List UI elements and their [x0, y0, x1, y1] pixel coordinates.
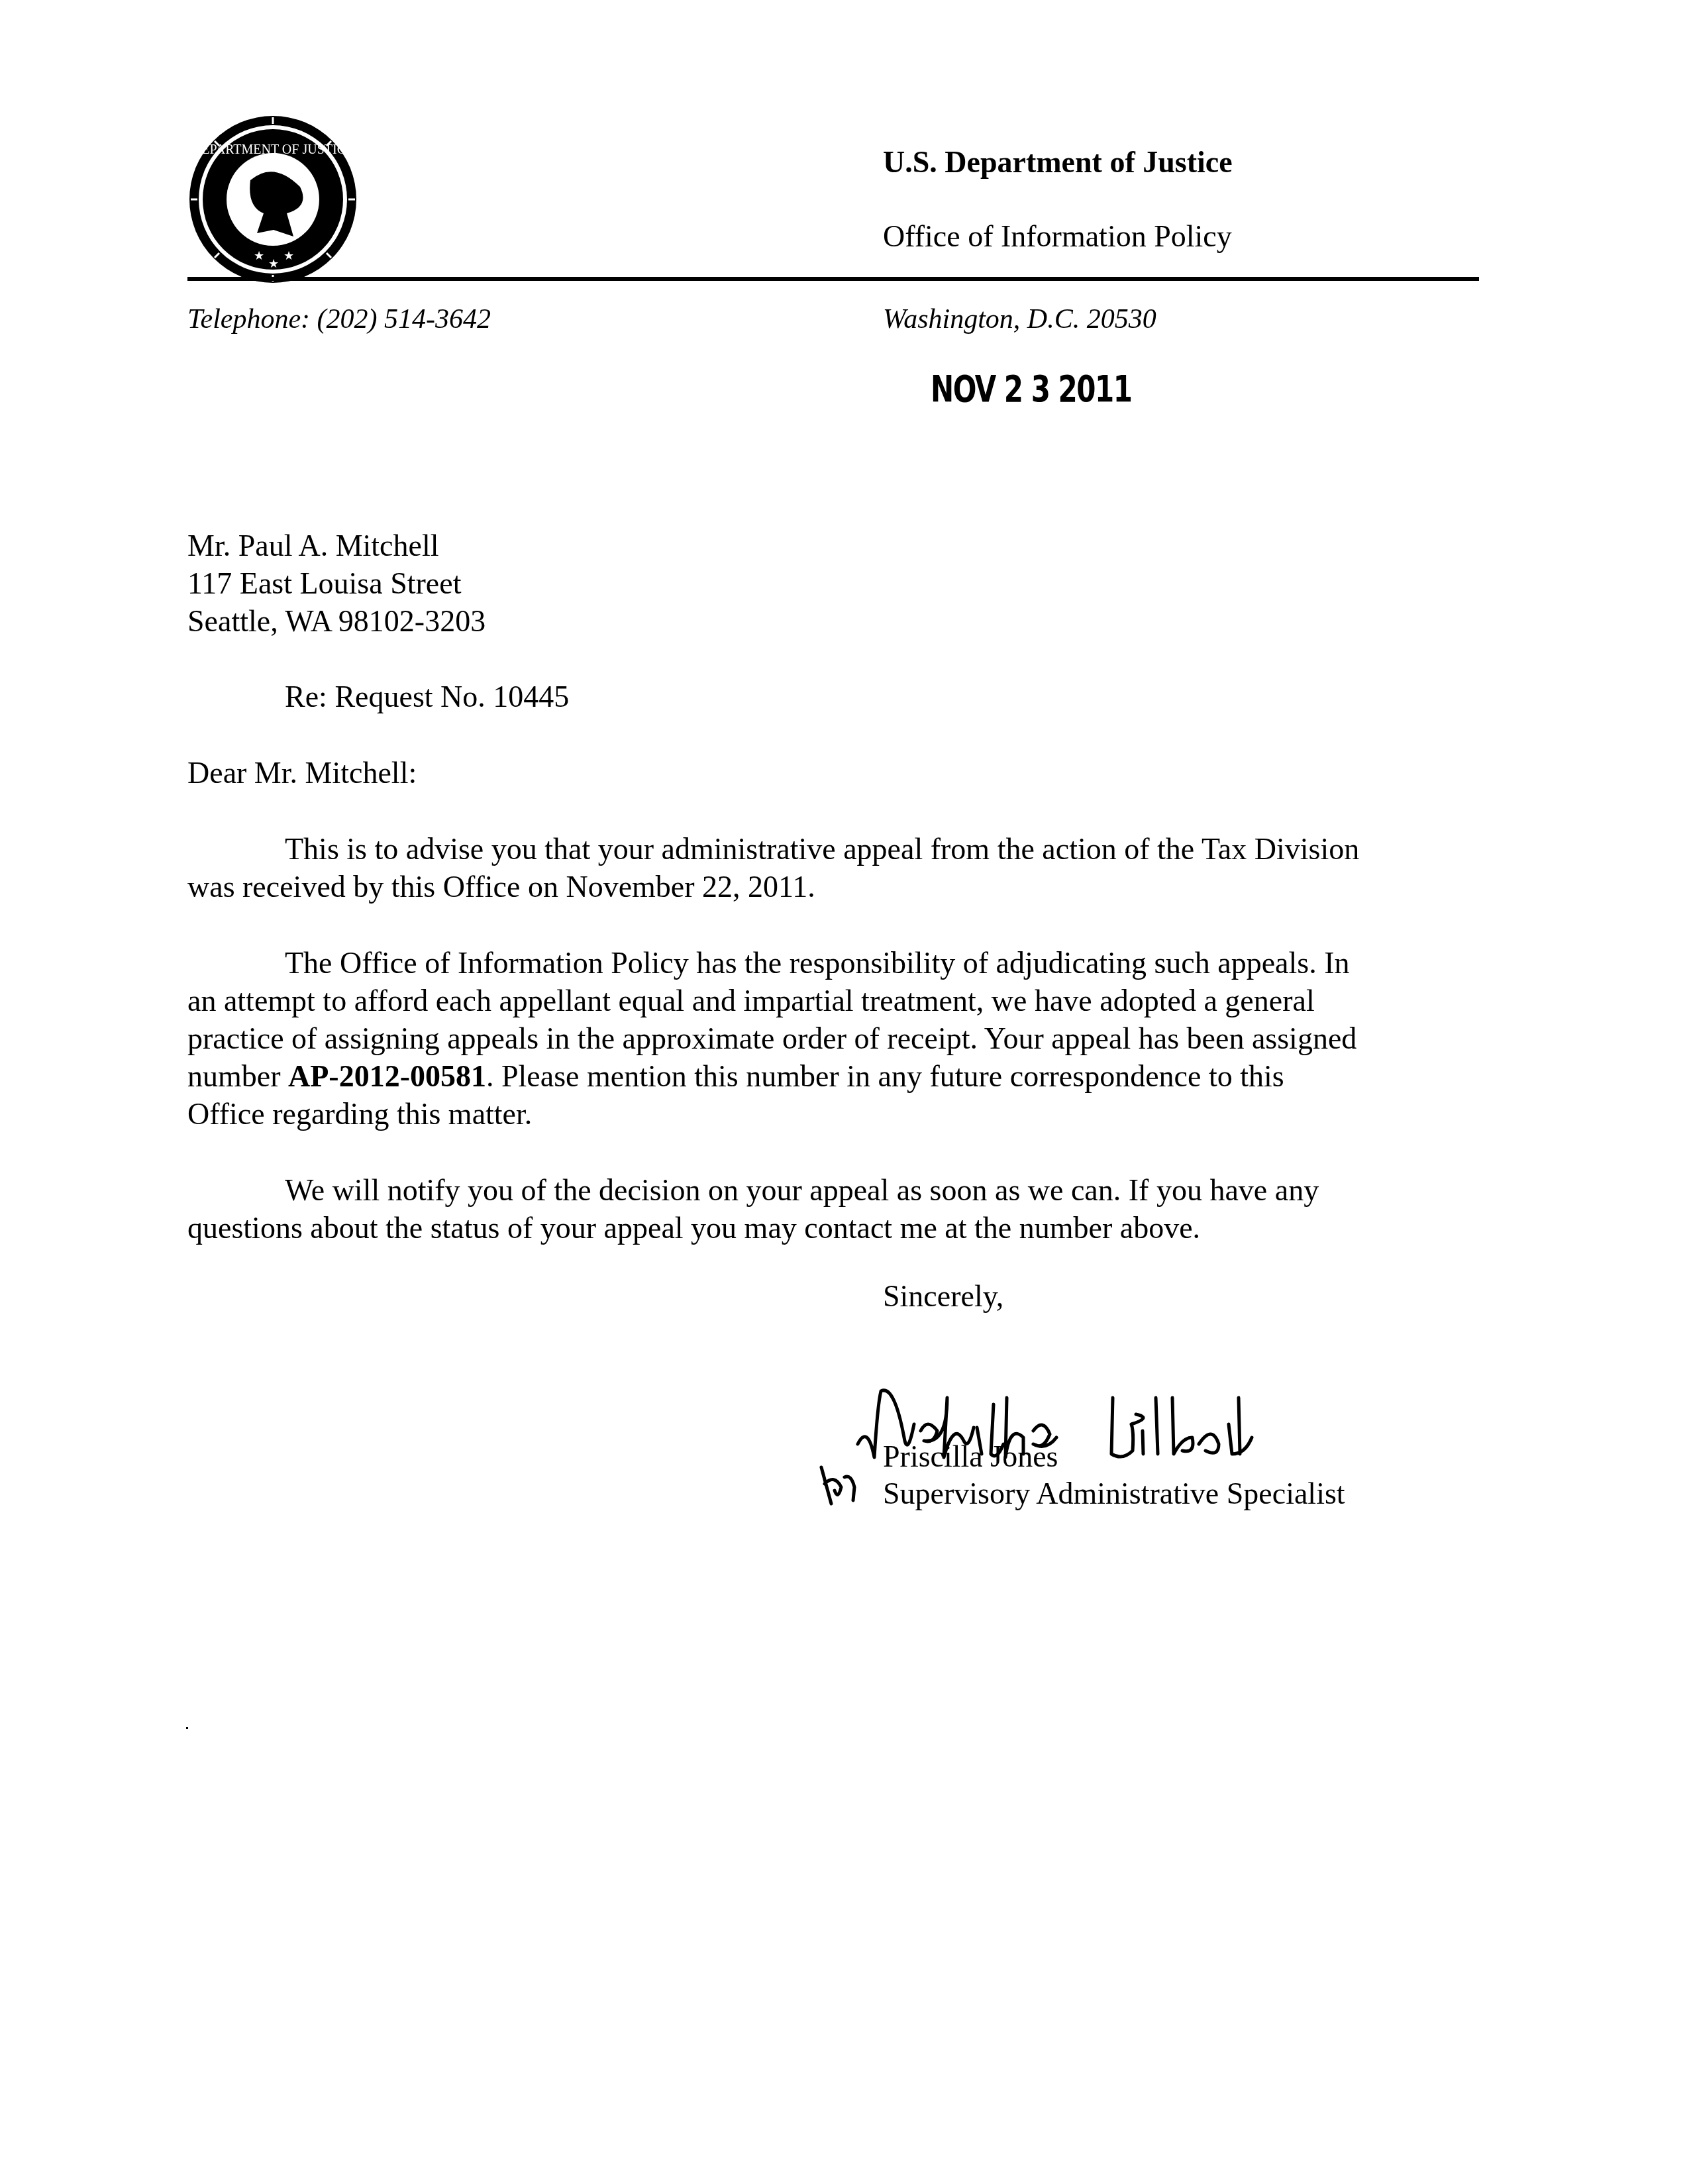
paragraph-receipt: This is to advise you that your administ… [187, 830, 1486, 906]
recipient-address: Mr. Paul A. Mitchell 117 East Louisa Str… [187, 527, 486, 640]
svg-text:★: ★ [268, 257, 279, 270]
office-location: Washington, D.C. 20530 [883, 303, 1156, 335]
svg-text:★: ★ [283, 249, 294, 262]
paragraph-line: practice of assigning appeals in the app… [187, 1019, 1486, 1057]
department-of-justice-seal-icon: DEPARTMENT OF JUSTICE ★ ★ ★ [187, 114, 358, 285]
salutation: Dear Mr. Mitchell: [187, 755, 417, 790]
paragraph-notification: We will notify you of the decision on yo… [187, 1171, 1486, 1247]
recipient-city: Seattle, WA 98102-3203 [187, 602, 486, 640]
date-stamp: NOV 2 3 2011 [931, 368, 1131, 411]
svg-text:★: ★ [254, 249, 264, 262]
paragraph-line: We will notify you of the decision on yo… [187, 1171, 1486, 1209]
paragraph-assignment: The Office of Information Policy has the… [187, 944, 1486, 1133]
signer-title: Supervisory Administrative Specialist [883, 1476, 1345, 1511]
paragraph-line: number AP-2012-00581. Please mention thi… [187, 1057, 1486, 1095]
letterhead-divider [187, 277, 1479, 281]
office-name: Office of Information Policy [883, 219, 1232, 254]
closing: Sincerely, [883, 1278, 1003, 1314]
paragraph-line: The Office of Information Policy has the… [187, 944, 1486, 982]
paragraph-line: Office regarding this matter. [187, 1095, 1486, 1133]
recipient-street: 117 East Louisa Street [187, 564, 486, 602]
line-prefix: number [187, 1059, 288, 1093]
recipient-name: Mr. Paul A. Mitchell [187, 527, 486, 564]
signer-name: Priscilla Jones [883, 1439, 1058, 1474]
organization-name: U.S. Department of Justice [883, 144, 1233, 180]
paragraph-line: an attempt to afford each appellant equa… [187, 982, 1486, 1019]
appeal-number: AP-2012-00581 [288, 1059, 486, 1093]
reference-line: Re: Request No. 10445 [285, 679, 569, 714]
svg-text:DEPARTMENT OF JUSTICE: DEPARTMENT OF JUSTICE [192, 142, 354, 157]
line-suffix: . Please mention this number in any futu… [486, 1059, 1284, 1093]
telephone: Telephone: (202) 514-3642 [187, 303, 491, 335]
scan-artifact [186, 1727, 188, 1729]
paragraph-line: This is to advise you that your administ… [187, 830, 1486, 868]
paragraph-line: was received by this Office on November … [187, 868, 1486, 906]
paragraph-line: questions about the status of your appea… [187, 1209, 1486, 1247]
